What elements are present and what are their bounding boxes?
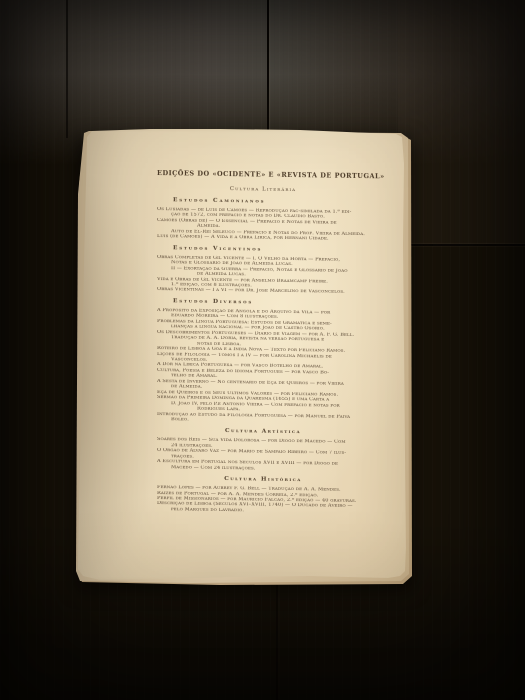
section-heading-historica: Cultura Histórica bbox=[157, 475, 369, 484]
panel-seam-right bbox=[402, 244, 525, 246]
page-title: EDIÇÕES DO «OCIDENTE» E «REVISTA DE PORT… bbox=[157, 169, 369, 180]
section-heading-vicentinos: Estudos Vicentinos bbox=[173, 245, 369, 254]
section-heading-camonianos: Estudos Camonianos bbox=[173, 197, 369, 206]
section-heading-diversos: Estudos Diversos bbox=[173, 298, 369, 307]
photo-of-book: EDIÇÕES DO «OCIDENTE» E «REVISTA DE PORT… bbox=[0, 0, 525, 700]
panel-seam-top-center bbox=[267, 0, 269, 132]
book-back-cover: EDIÇÕES DO «OCIDENTE» E «REVISTA DE PORT… bbox=[70, 124, 415, 586]
panel-seam-top-left bbox=[66, 0, 68, 138]
printed-catalog: EDIÇÕES DO «OCIDENTE» E «REVISTA DE PORT… bbox=[157, 124, 369, 516]
section-heading-artistica: Cultura Artística bbox=[157, 427, 369, 436]
series-title: Cultura Literária bbox=[157, 185, 369, 194]
book: EDIÇÕES DO «OCIDENTE» E «REVISTA DE PORT… bbox=[70, 124, 415, 586]
